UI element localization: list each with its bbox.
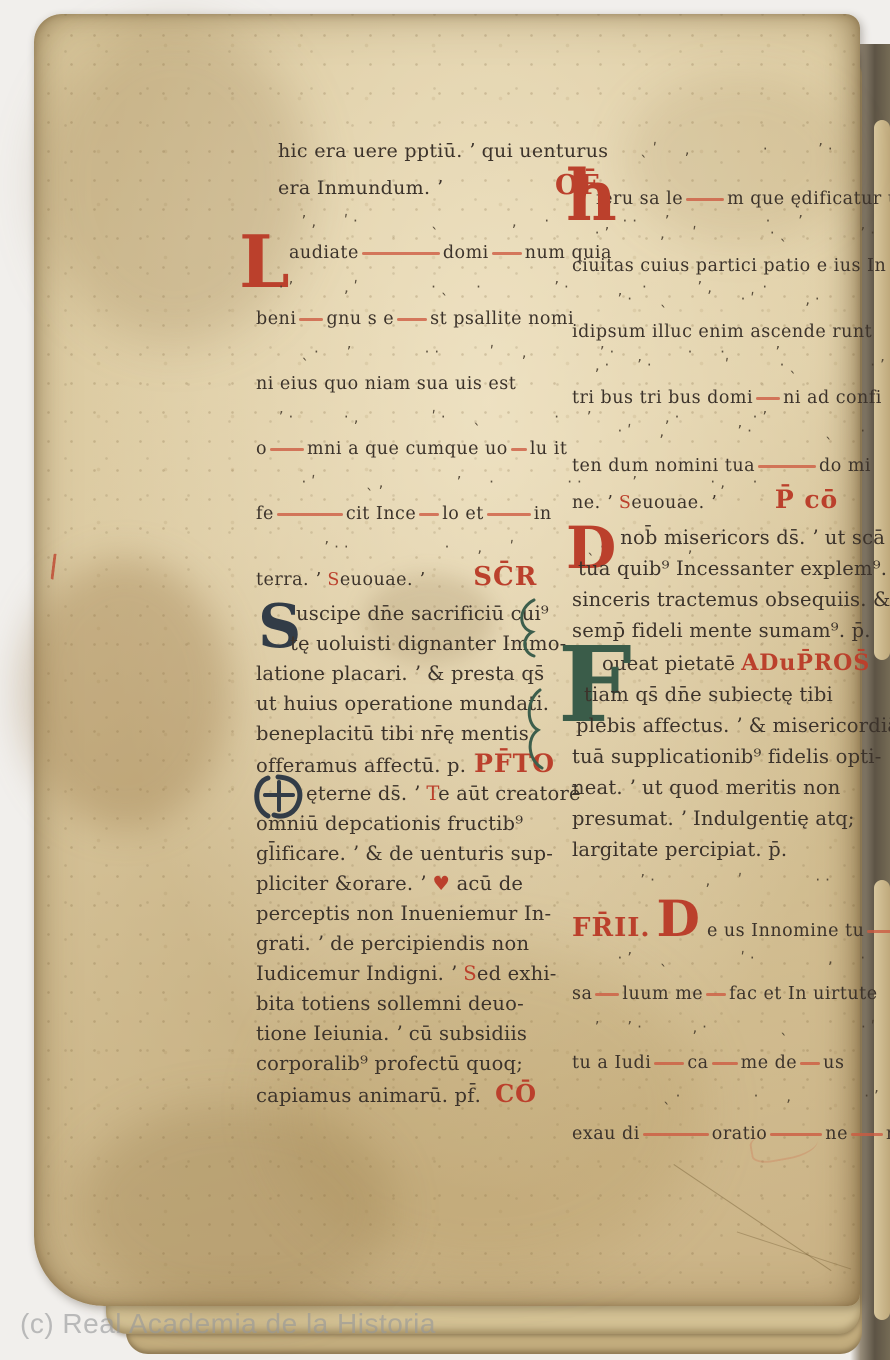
red-extender-line <box>712 1062 738 1065</box>
neume-row: ʼ· ·‚ ʹ· ˎ · ʼ ‚· ·ʼ <box>256 404 568 436</box>
neume-row: ·ʹ ˎ‚ ʼ · ·· ʼ ·‚ · <box>256 469 568 501</box>
stain <box>20 558 230 828</box>
text-run: beni <box>256 309 296 329</box>
text-run: luum me <box>622 984 703 1004</box>
text-run: fac et In uirtute <box>729 984 877 1004</box>
text-run: capiamus animarū. pf̄. <box>256 1084 481 1107</box>
text-run: ca <box>687 1053 708 1073</box>
text-run: a nob̄ misericors ds̄. ʼ ut scā <box>602 526 885 549</box>
text-run: cit Ince <box>346 504 416 524</box>
text-line: fecit Incelo etin <box>256 501 568 534</box>
red-extender-line <box>758 465 816 468</box>
neume-row: ʼ‚ ʹ· ˎ , · ·· ʼ · ʼ <box>256 208 568 240</box>
text-run: e us Innomine tu <box>701 921 864 941</box>
text-line: Laudiatedominum quia <box>256 240 568 274</box>
text-run: do mi <box>819 456 871 476</box>
text-run: tua quib⁹ Incessanter explem⁹. ʼ <box>578 557 890 580</box>
neume-row: ·ʼ ˎ ʹ· ‚ · ·ʼ · ‚ ʼ <box>572 945 890 981</box>
text-line: Da nob̄ misericors ds̄. ʼ ut scā <box>572 524 890 555</box>
parchment-page: hic era uere pptiū. ʼ qui uenturusera In… <box>34 14 860 1306</box>
text-run: domi <box>443 243 489 263</box>
text-run: lo et <box>442 504 484 524</box>
rubric: ADuP̄ROS̄ <box>741 650 870 676</box>
text-run: ne. ʼ <box>572 493 619 513</box>
text-run: ed exhi- <box>477 962 557 985</box>
red-extender-line <box>419 513 439 516</box>
text-line: ten dum nomini tuado mi <box>572 453 890 486</box>
scratch-line <box>737 1231 851 1269</box>
text-line: omni a que cumque uolu it <box>256 436 568 469</box>
text-run: st psallite nomi <box>430 309 574 329</box>
neume-row: ʼ· ‚ ʹ ·· ˎ· · ʼ · <box>572 867 890 905</box>
green-flourish-icon <box>514 598 540 658</box>
text-run: ten dum nomini tua <box>572 456 755 476</box>
text-line: tua quib⁹ Incessanter explem⁹. ʼ <box>572 555 890 586</box>
neume-row: ʼ ʼ· ‚· ˎ ·ʹ ʼ ·· ·ʹ , <box>572 1014 890 1050</box>
text-line: ne. ʼ Seuouae. ʼP̄ cō <box>572 486 890 524</box>
text-run: acū de <box>450 872 523 895</box>
text-run: S <box>463 962 477 985</box>
text-line: FR̄II. D e us Innomine tuo <box>572 905 890 945</box>
text-run: ni eius quo niam sua uis est <box>256 374 516 394</box>
neume-row: ˎʹ , · ʼ· ‚· ·· · ʹ ‚ <box>572 136 890 186</box>
text-run: m que ędificatur ut <box>727 189 890 209</box>
text-run: e aūt creatorē <box>438 782 581 805</box>
text-line: saluum mefac et In uirtute <box>572 981 890 1014</box>
text-run: latione placari. ʼ & presta qs̄ <box>256 662 544 685</box>
red-extender-line <box>299 318 323 321</box>
text-run: S <box>619 493 632 513</box>
text-line: era Inmundum. ʼOF̄ <box>256 172 568 208</box>
red-extender-line <box>362 252 440 255</box>
text-line: tiam qs̄ dn̄e subiectę tibi <box>572 681 890 712</box>
red-extender-line <box>397 318 427 321</box>
red-extender-line <box>492 252 522 255</box>
text-run: ciuitas cuius partici patio e ius In <box>572 256 886 276</box>
neume-row: ʼ· ˎ ·ʹ ‚· · ʼ ·· ʼ <box>572 286 890 319</box>
text-run: neat. ʼ ut quod meritis non <box>572 776 841 799</box>
green-flourish-icon <box>520 686 546 772</box>
red-extender-line <box>487 513 531 516</box>
text-run: tri bus tri bus domi <box>572 388 753 408</box>
text-run: sinceris tractemus obsequiis. &. <box>572 588 890 611</box>
text-run: us <box>823 1053 844 1073</box>
text-run: tione Ieiunia. ʼ cū subsidiis <box>256 1022 527 1045</box>
red-extender-line <box>686 198 724 201</box>
text-line: ni eius quo niam sua uis est <box>256 371 568 404</box>
text-run: ut huius operatione mundati. <box>256 692 549 715</box>
neume-row: ·ʼ ‚ ʹ ·ˎ ʼ· ·· ʼ · <box>572 220 890 253</box>
text-line: grati. ʼ de percipiendis non <box>256 930 568 960</box>
red-extender-line <box>511 448 527 451</box>
text-run: sa <box>572 984 592 1004</box>
text-line: hieru sa lem que ędificatur ut <box>572 186 890 220</box>
red-extender-line <box>706 993 726 996</box>
text-run: audiate <box>289 243 359 263</box>
text-line: hic era uere pptiū. ʼ qui uenturus <box>256 138 568 172</box>
text-run: bita totiens sollemni deuo- <box>256 992 524 1015</box>
text-line: benignu s est psallite nomi <box>256 306 568 339</box>
text-line: tuā supplicationib⁹ fidelis opti- <box>572 743 890 774</box>
text-run: ni ad confi <box>783 388 882 408</box>
text-run: largitate percipiat. p̄. <box>572 838 787 861</box>
text-run: gl̄ificare. ʼ & de uenturis sup- <box>256 842 553 865</box>
text-line: presumat. ʼ Indulgentię atq; <box>572 805 890 836</box>
text-line: perceptis non Inueniemur In- <box>256 900 568 930</box>
text-run: era Inmundum. ʼ <box>278 177 443 199</box>
text-run: terra. ʼ <box>256 570 327 590</box>
red-extender-line <box>595 993 619 996</box>
neume-row: ˎ· ʼ ·· ʹ ‚ ʼ· · · ʼ <box>256 339 568 371</box>
text-run: Iudicemur Indigni. ʼ <box>256 962 463 985</box>
text-line: plebis affectus. ʼ & misericordiā <box>572 712 890 743</box>
text-line: terra. ʼ Seuouae. ʼSC̄R <box>256 564 568 600</box>
text-run: ęterne ds̄. ʼ <box>306 782 426 805</box>
text-run: T <box>426 782 438 805</box>
text-run: euouae. ʼ <box>631 493 716 513</box>
text-run: uscipe dn̄e sacrificiū cui⁹ <box>296 602 549 625</box>
text-line: omniū depcationis fructib⁹ <box>256 810 568 840</box>
rubric: FR̄II. <box>572 913 650 943</box>
text-run: tu a Iudi <box>572 1053 651 1073</box>
neume-row: ʼ·· · ‚ ʹ ˎ· ʼ‚ <box>256 534 568 564</box>
red-extender-line <box>756 397 780 400</box>
text-line: sinceris tractemus obsequiis. &. <box>572 586 890 617</box>
text-line: gl̄ificare. ʼ & de uenturis sup- <box>256 840 568 870</box>
neume-row: ‚· ʼ· ʹ ·ˎ ·ʼ ‚ · ·ʼ <box>572 352 890 385</box>
text-line: tione Ieiunia. ʼ cū subsidiis <box>256 1020 568 1050</box>
red-extender-line <box>277 513 343 516</box>
text-run: corporalib⁹ profectū quoq; <box>256 1052 523 1075</box>
text-run: me de <box>741 1053 798 1073</box>
text-run: omniū depcationis fructib⁹ <box>256 812 523 835</box>
text-run: in <box>534 504 552 524</box>
red-extender-line <box>851 1133 883 1136</box>
text-run: plebis affectus. ʼ & misericordiā <box>576 714 890 737</box>
text-run: hic era uere pptiū. ʼ qui uenturus <box>278 140 608 162</box>
text-run: grati. ʼ de percipiendis non <box>256 932 529 955</box>
rubric: SC̄R <box>473 562 537 592</box>
text-run: presumat. ʼ Indulgentię atq; <box>572 807 855 830</box>
text-run: S <box>327 570 340 590</box>
text-line: tu a Iudicame deus <box>572 1050 890 1083</box>
text-line: exau diorationem <box>572 1121 890 1154</box>
red-extender-line <box>800 1062 820 1065</box>
neume-row: ·ʼ ‚ʹ ·ˎ · ʼ· · ʼ‚ · <box>256 274 568 306</box>
watermark: (c) Real Academia de la Historia <box>20 1308 436 1340</box>
neume-row: ˎ· · ‚ ·ʼ ʹ · · <box>572 1083 890 1121</box>
text-run: fe <box>256 504 274 524</box>
text-run: beneplacitū tibi nr̄ę mentis <box>256 722 529 745</box>
text-run: gnu s e <box>326 309 394 329</box>
rubric: D <box>657 889 701 948</box>
text-line: capiamus animarū. pf̄.CŌ <box>256 1080 568 1110</box>
text-line: bita totiens sollemni deuo- <box>256 990 568 1020</box>
red-extender-line <box>643 1133 709 1136</box>
rubric: CŌ <box>495 1079 537 1108</box>
text-line: Foueat pietatēADuP̄ROS̄ <box>572 650 890 681</box>
text-run: tuā supplicationib⁹ fidelis opti- <box>572 745 882 768</box>
text-line: ciuitas cuius partici patio e ius In <box>572 253 890 286</box>
red-extender-line <box>270 448 304 451</box>
manuscript-scan: hic era uere pptiū. ʼ qui uenturusera In… <box>0 0 890 1360</box>
text-run: perceptis non Inueniemur In- <box>256 902 551 925</box>
text-run: idipsum illuc enim ascende runt <box>572 322 872 342</box>
text-run: o <box>256 439 267 459</box>
text-line: largitate percipiat. p̄. <box>572 836 890 867</box>
text-line: idipsum illuc enim ascende runt <box>572 319 890 352</box>
text-line: tri bus tri bus domini ad confi <box>572 385 890 418</box>
text-run: pliciter &orare. ʼ <box>256 872 433 895</box>
stain <box>74 1104 394 1314</box>
margin-red-mark <box>50 553 64 580</box>
text-run: exau di <box>572 1124 640 1144</box>
text-run: mni a que cumque uo <box>307 439 508 459</box>
text-run: lu it <box>530 439 568 459</box>
text-line: Iudicemur Indigni. ʼ Sed exhi- <box>256 960 568 990</box>
rubric: P̄ cō <box>775 485 838 514</box>
text-line: ęterne ds̄. ʼ Te aūt creatorē <box>256 780 568 810</box>
red-extender-line <box>654 1062 684 1065</box>
text-line: corporalib⁹ profectū quoq; <box>256 1050 568 1080</box>
text-line: neat. ʼ ut quod meritis non <box>572 774 890 805</box>
right-text-column: ˎʹ , · ʼ· ‚· ·· · ʹ ‚hieru sa lem que ęd… <box>572 136 890 1154</box>
neume-row: ·ʹ ‚ ʼ· ˎ · ·ʼ ‚ ·· <box>572 418 890 453</box>
red-extender-line <box>867 930 890 933</box>
text-run: ne <box>825 1124 848 1144</box>
text-run: ♥ <box>433 872 451 895</box>
text-run: tiam qs̄ dn̄e subiectę tibi <box>584 683 833 706</box>
text-run: euouae. ʼ <box>340 570 425 590</box>
initial-letter: h <box>566 164 617 227</box>
text-line: pliciter &orare. ʼ ♥ acū de <box>256 870 568 900</box>
text-run: m <box>886 1124 890 1144</box>
